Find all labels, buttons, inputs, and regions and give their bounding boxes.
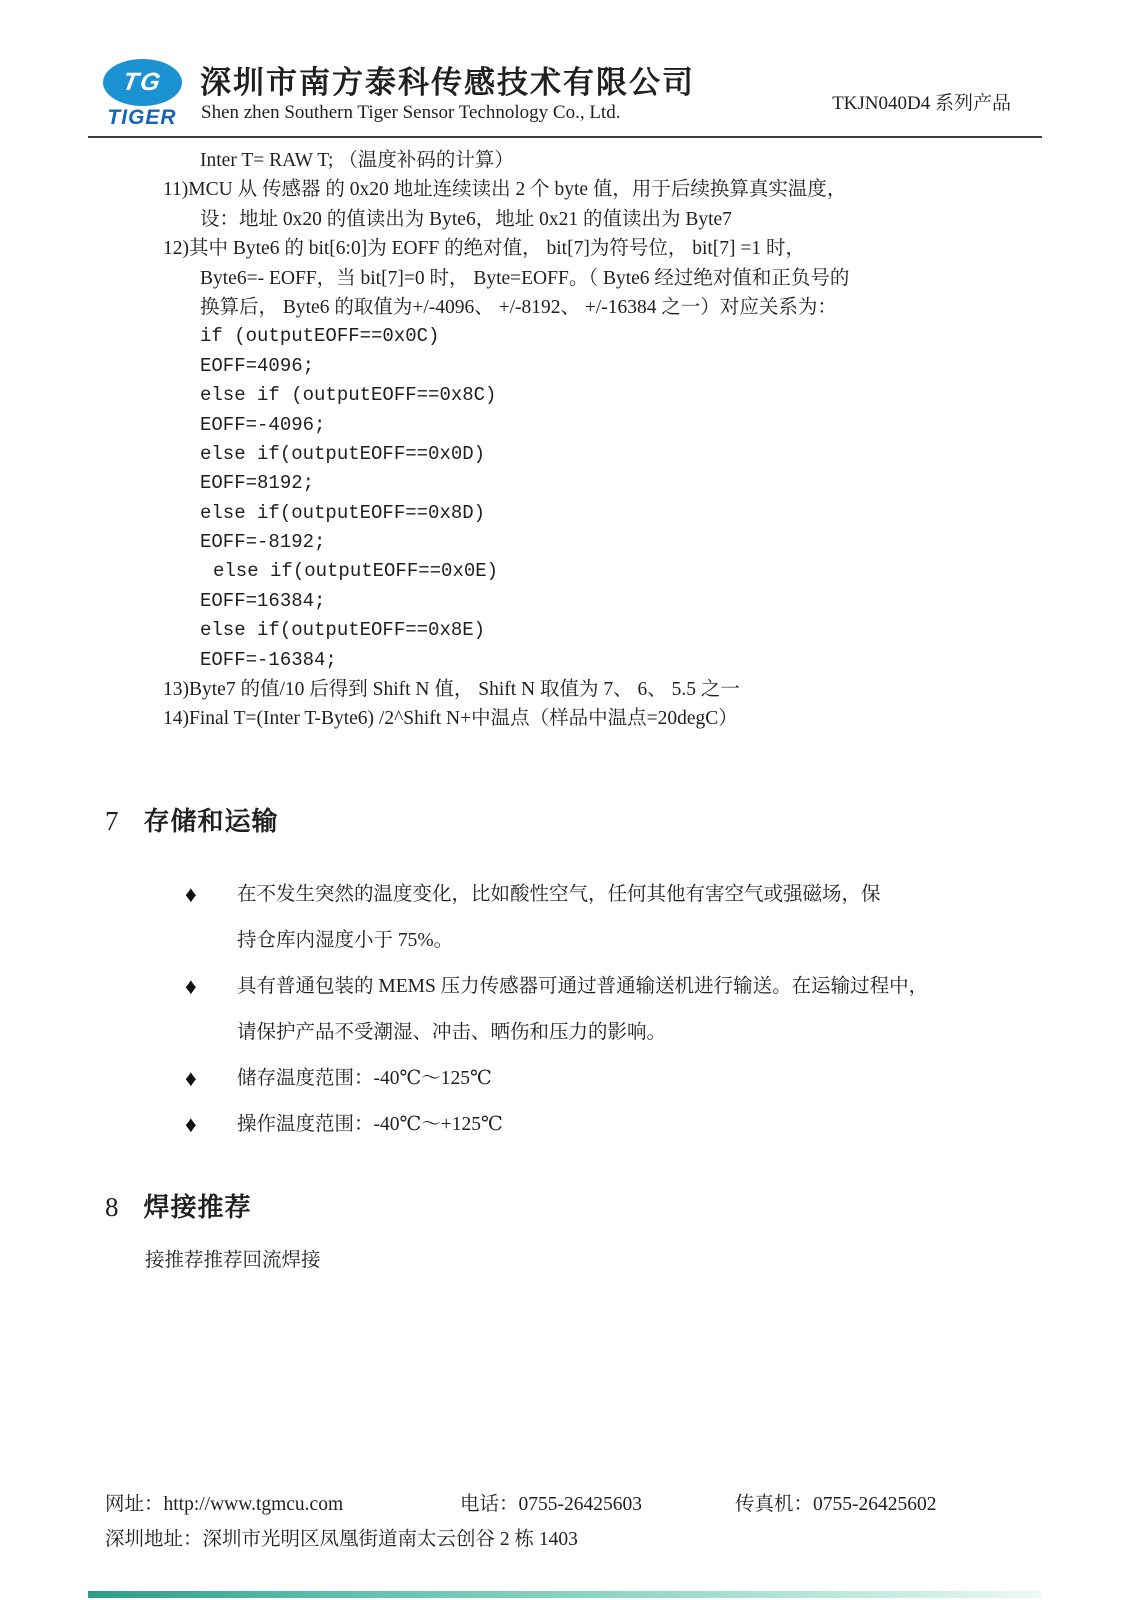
bullet-text: 具有普通包装的 MEMS 压力传感器可通过普通输送机进行输送。在运输过程中， 请…: [237, 964, 928, 1056]
code-line: EOFF=-16384;: [88, 646, 1088, 675]
fax-number: 传真机：0755-26425602: [735, 1488, 937, 1521]
company-name-en: Shen zhen Southern Tiger Sensor Technolo…: [201, 102, 620, 124]
diamond-bullet-icon: ♦: [185, 872, 237, 918]
bullet-line: 持仓库内湿度小于 75%。: [237, 918, 881, 964]
bullet-item: ♦ 操作温度范围：-40℃～+125℃: [88, 1102, 1088, 1148]
procedure-line: Byte6=- EOFF，当 bit[7]=0 时， Byte=EOFF。（ B…: [88, 264, 1088, 293]
bullet-list: ♦ 在不发生突然的温度变化，比如酸性空气，任何其他有害空气或强磁场，保 持仓库内…: [88, 872, 1088, 1148]
section-body-text: 接推荐推荐回流焊接: [88, 1246, 1088, 1276]
section-heading: 8焊接推荐: [88, 1190, 1088, 1224]
company-address: 深圳地址：深圳市光明区凤凰街道南太云创谷 2 栋 1403: [105, 1523, 1045, 1556]
procedure-text-block: Inter T= RAW T; （温度补码的计算） 11)MCU 从 传感器 的…: [88, 146, 1088, 734]
bullet-text: 操作温度范围：-40℃～+125℃: [237, 1102, 503, 1148]
code-line: else if(outputEOFF==0x0E): [88, 557, 1088, 586]
bullet-line: 在不发生突然的温度变化，比如酸性空气，任何其他有害空气或强磁场，保: [237, 872, 881, 918]
code-line: EOFF=4096;: [88, 352, 1088, 381]
section-number: 7: [88, 804, 119, 838]
code-line: EOFF=-8192;: [88, 528, 1088, 557]
section-storage-transport: 7存储和运输 ♦ 在不发生突然的温度变化，比如酸性空气，任何其他有害空气或强磁场…: [88, 804, 1088, 1148]
section-soldering: 8焊接推荐 接推荐推荐回流焊接: [88, 1190, 1088, 1276]
code-line: else if (outputEOFF==0x8C): [88, 381, 1088, 410]
diamond-bullet-icon: ♦: [185, 1056, 237, 1102]
bullet-text: 在不发生突然的温度变化，比如酸性空气，任何其他有害空气或强磁场，保 持仓库内湿度…: [237, 872, 881, 964]
website-link[interactable]: 网址：http://www.tgmcu.com: [105, 1488, 343, 1521]
company-logo-icon: TG: [103, 59, 182, 106]
footer-contact-line: 网址：http://www.tgmcu.com 电话：0755-26425603…: [105, 1488, 1045, 1521]
section-number: 8: [88, 1190, 119, 1224]
code-line: EOFF=-4096;: [88, 411, 1088, 440]
code-line: else if(outputEOFF==0x8D): [88, 499, 1088, 528]
diamond-bullet-icon: ♦: [185, 1102, 237, 1148]
code-line: else if(outputEOFF==0x0D): [88, 440, 1088, 469]
document-page: TG TIGER 深圳市南方泰科传感技术有限公司 Shen zhen South…: [0, 0, 1131, 1600]
bullet-item: ♦ 在不发生突然的温度变化，比如酸性空气，任何其他有害空气或强磁场，保 持仓库内…: [88, 872, 1088, 964]
section-title: 焊接推荐: [144, 1192, 252, 1222]
bullet-item: ♦ 储存温度范围：-40℃～125℃: [88, 1056, 1088, 1102]
section-title: 存储和运输: [144, 806, 279, 836]
company-name-cn: 深圳市南方泰科传感技术有限公司: [200, 57, 695, 102]
footer-accent-bar: [88, 1591, 1041, 1598]
section-heading: 7存储和运输: [88, 804, 1088, 838]
procedure-line: 设：地址 0x20 的值读出为 Byte6，地址 0x21 的值读出为 Byte…: [88, 205, 1088, 234]
header-divider: [88, 136, 1042, 138]
phone-number: 电话：0755-26425603: [460, 1488, 642, 1521]
code-line: if (outputEOFF==0x0C): [88, 322, 1088, 351]
bullet-line: 储存温度范围：-40℃～125℃: [237, 1056, 492, 1102]
bullet-line: 具有普通包装的 MEMS 压力传感器可通过普通输送机进行输送。在运输过程中，: [237, 964, 928, 1010]
procedure-line: 12)其中 Byte6 的 bit[6:0]为 EOFF 的绝对值， bit[7…: [88, 234, 1088, 263]
procedure-line: 换算后， Byte6 的取值为+/-4096、 +/-8192、 +/-1638…: [88, 293, 1088, 322]
logo-tg-monogram: TG: [121, 68, 165, 97]
logo-tiger-text: TIGER: [97, 106, 187, 130]
page-footer: 网址：http://www.tgmcu.com 电话：0755-26425603…: [105, 1488, 1045, 1556]
procedure-line: 14)Final T=(Inter T-Byte6) /2^Shift N+中温…: [88, 704, 1088, 733]
code-line: EOFF=16384;: [88, 587, 1088, 616]
procedure-line: 11)MCU 从 传感器 的 0x20 地址连续读出 2 个 byte 值，用于…: [88, 175, 1088, 204]
bullet-line: 请保护产品不受潮湿、冲击、晒伤和压力的影响。: [237, 1010, 928, 1056]
bullet-item: ♦ 具有普通包装的 MEMS 压力传感器可通过普通输送机进行输送。在运输过程中，…: [88, 964, 1088, 1056]
product-series-label: TKJN040D4 系列产品: [832, 88, 1011, 115]
bullet-line: 操作温度范围：-40℃～+125℃: [237, 1102, 503, 1148]
procedure-line: Inter T= RAW T; （温度补码的计算）: [88, 146, 1088, 175]
code-line: else if(outputEOFF==0x8E): [88, 616, 1088, 645]
diamond-bullet-icon: ♦: [185, 964, 237, 1010]
code-line: EOFF=8192;: [88, 469, 1088, 498]
bullet-text: 储存温度范围：-40℃～125℃: [237, 1056, 492, 1102]
procedure-line: 13)Byte7 的值/10 后得到 Shift N 值， Shift N 取值…: [88, 675, 1088, 704]
